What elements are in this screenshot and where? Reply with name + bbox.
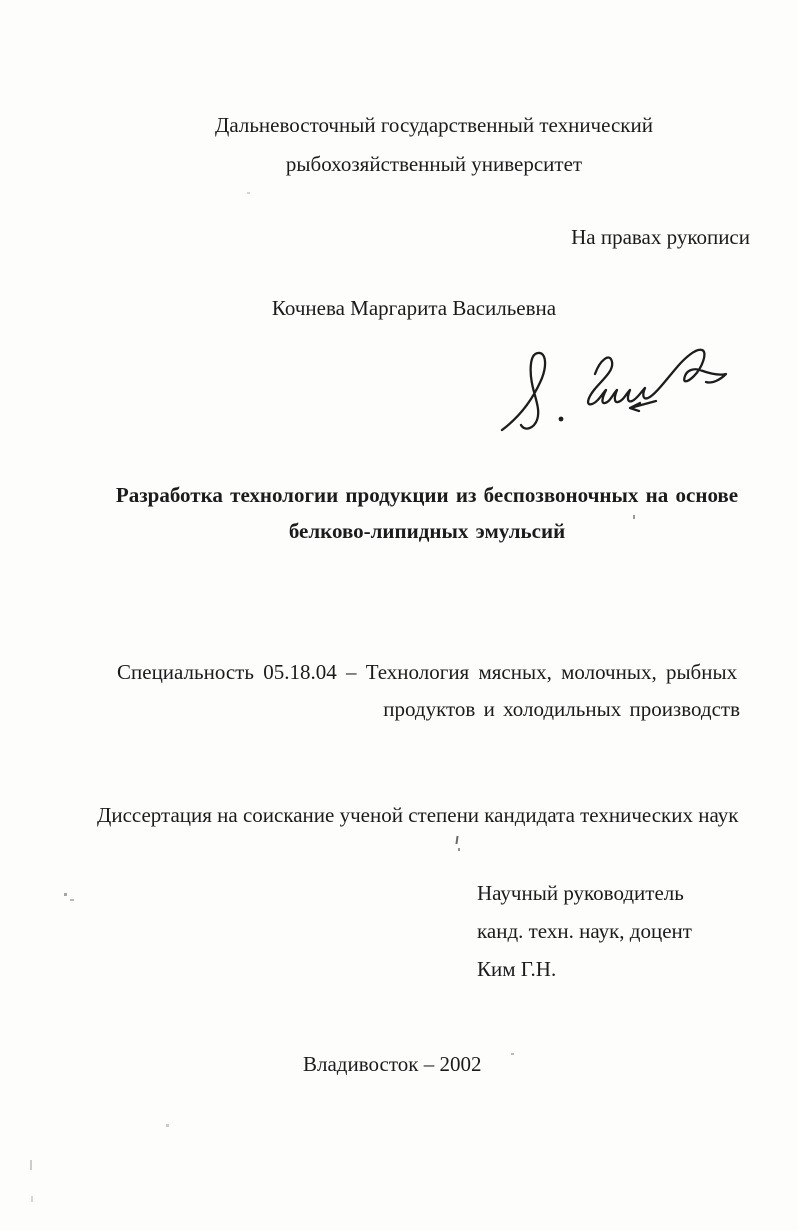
dissertation-title: Разработка технологии продукции из беспо… xyxy=(56,477,798,549)
scan-noise-speck xyxy=(31,1196,33,1202)
university-name: Дальневосточный государственный техничес… xyxy=(70,106,798,184)
advisor-label: Научный руководитель xyxy=(477,874,692,912)
advisor-degree: канд. техн. наук, доцент xyxy=(477,912,692,950)
scan-noise-speck xyxy=(633,515,635,519)
advisor-block: Научный руководитель канд. техн. наук, д… xyxy=(477,874,692,988)
scan-noise-speck xyxy=(64,893,67,896)
scan-noise-speck xyxy=(458,848,460,851)
scanned-title-page: Дальневосточный государственный техничес… xyxy=(0,0,798,1231)
scan-noise-speck xyxy=(166,1124,169,1127)
scan-noise-speck xyxy=(70,899,74,901)
manuscript-rights-note: На правах рукописи xyxy=(571,225,750,250)
university-name-line2: рыбохозяйственный университет xyxy=(70,145,798,184)
author-signature-icon xyxy=(488,340,733,435)
dissertation-title-line2: белково-липидных эмульсий xyxy=(56,513,798,549)
author-name: Кочнева Маргарита Васильевна xyxy=(30,296,798,321)
thesis-degree-statement: Диссертация на соискание ученой степени … xyxy=(97,803,738,828)
scan-noise-speck xyxy=(511,1053,514,1055)
city-year-imprint: Владивосток – 2002 xyxy=(303,1052,481,1077)
advisor-name: Ким Г.Н. xyxy=(477,950,692,988)
specialty-code-line: Специальность 05.18.04 – Технология мясн… xyxy=(117,660,737,685)
university-name-line1: Дальневосточный государственный техничес… xyxy=(70,106,798,145)
specialty-continuation-line: продуктов и холодильных производств xyxy=(383,697,740,722)
dissertation-title-line1: Разработка технологии продукции из беспо… xyxy=(56,477,798,513)
scan-noise-speck xyxy=(455,836,458,844)
scan-noise-speck xyxy=(247,192,250,194)
scan-noise-speck xyxy=(30,1160,32,1170)
